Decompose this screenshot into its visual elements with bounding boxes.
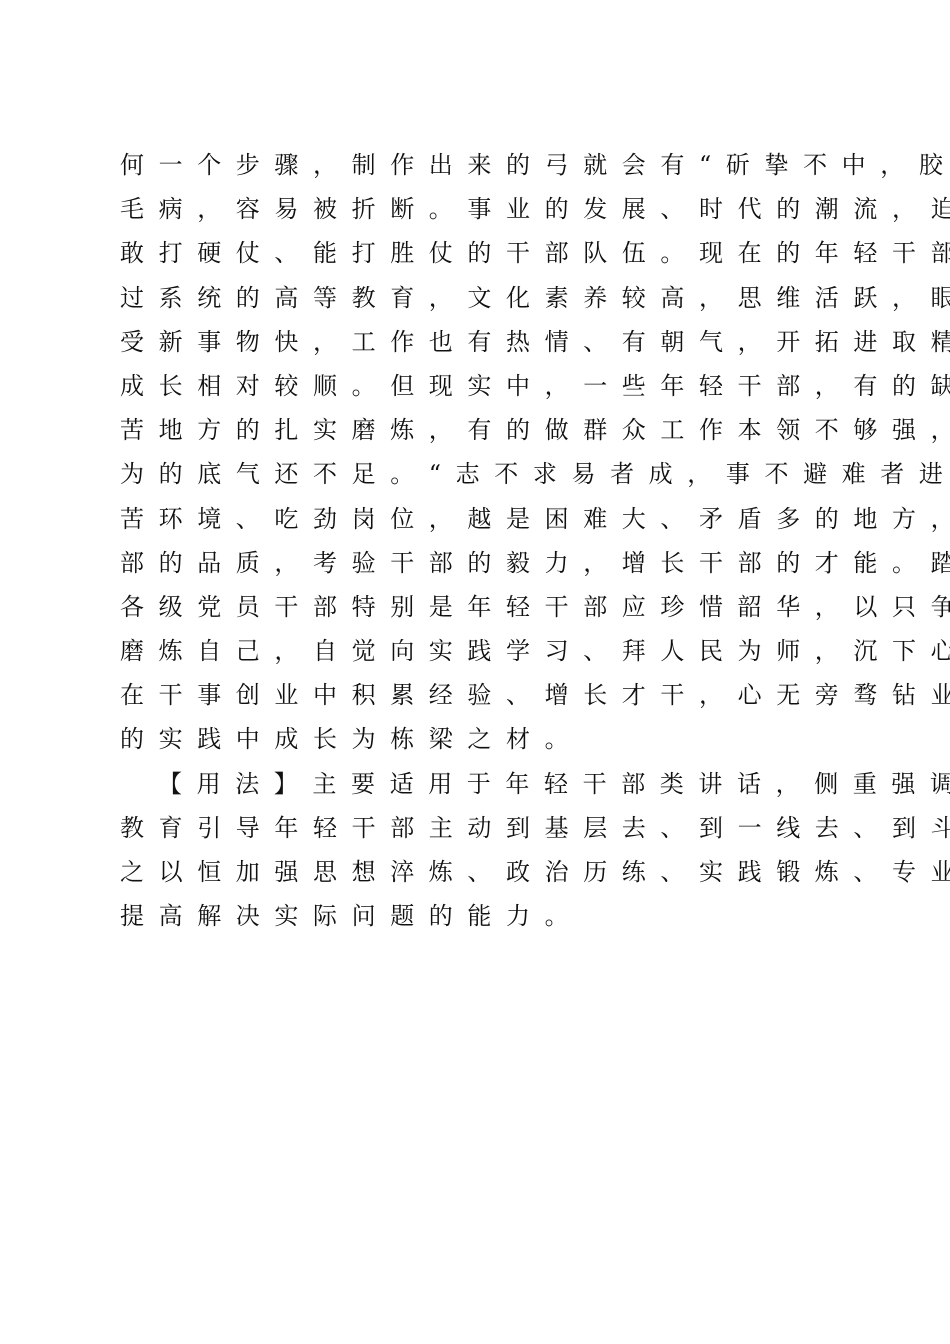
text-line: 各级党员干部特别是年轻干部应珍惜韶华，以只争朝夕的姿态	[120, 585, 830, 629]
text-line: 苦地方的扎实磨炼，有的做群众工作本领不够强，有的担当作	[120, 408, 830, 452]
text-line: 过系统的高等教育，文化素养较高，思维活跃，眼界开阔，接	[120, 276, 830, 320]
text-line: 受新事物快，工作也有热情、有朝气，开拓进取精神比较强，	[120, 320, 830, 364]
text-line: 成长相对较顺。但现实中，一些年轻干部，有的缺乏基层和艰	[120, 364, 830, 408]
document-body: 何一个步骤，制作出来的弓就会有“斫挚不中，胶之不均”的 毛病，容易被折断。事业的…	[120, 143, 830, 938]
text-line: 在干事创业中积累经验、增长才干，心无旁骛钻业务，在火热	[120, 673, 830, 717]
text-line: 敢打硬仗、能打胜仗的干部队伍。现在的年轻干部，大多受到	[120, 231, 830, 275]
text-line: 教育引导年轻干部主动到基层去、到一线去、到斗争中去，持	[120, 806, 830, 850]
paragraph-1: 何一个步骤，制作出来的弓就会有“斫挚不中，胶之不均”的 毛病，容易被折断。事业的…	[120, 143, 830, 762]
text-line: 毛病，容易被折断。事业的发展、时代的潮流，迫切需要一批	[120, 187, 830, 231]
text-line: 磨炼自己，自觉向实践学习、拜人民为师，沉下心来干工作，	[120, 629, 830, 673]
paragraph-usage: 【用法】主要适用于年轻干部类讲话，侧重强调实践历练， 教育引导年轻干部主动到基层…	[120, 762, 830, 939]
text-line: 【用法】主要适用于年轻干部类讲话，侧重强调实践历练，	[120, 762, 830, 806]
text-line: 部的品质，考验干部的毅力，增长干部的才能。踏上新征程，	[120, 541, 830, 585]
text-line: 苦环境、吃劲岗位，越是困难大、矛盾多的地方，越能磨砺干	[120, 497, 830, 541]
document-page: 何一个步骤，制作出来的弓就会有“斫挚不中，胶之不均”的 毛病，容易被折断。事业的…	[0, 0, 950, 1344]
text-line: 为的底气还不足。“志不求易者成，事不避难者进”。越是艰	[120, 452, 830, 496]
text-line: 之以恒加强思想淬炼、政治历练、实践锻炼、专业训练，不断	[120, 850, 830, 894]
text-line: 何一个步骤，制作出来的弓就会有“斫挚不中，胶之不均”的	[120, 143, 830, 187]
text-line: 的实践中成长为栋梁之材。	[120, 717, 830, 761]
text-line: 提高解决实际问题的能力。	[120, 894, 830, 938]
